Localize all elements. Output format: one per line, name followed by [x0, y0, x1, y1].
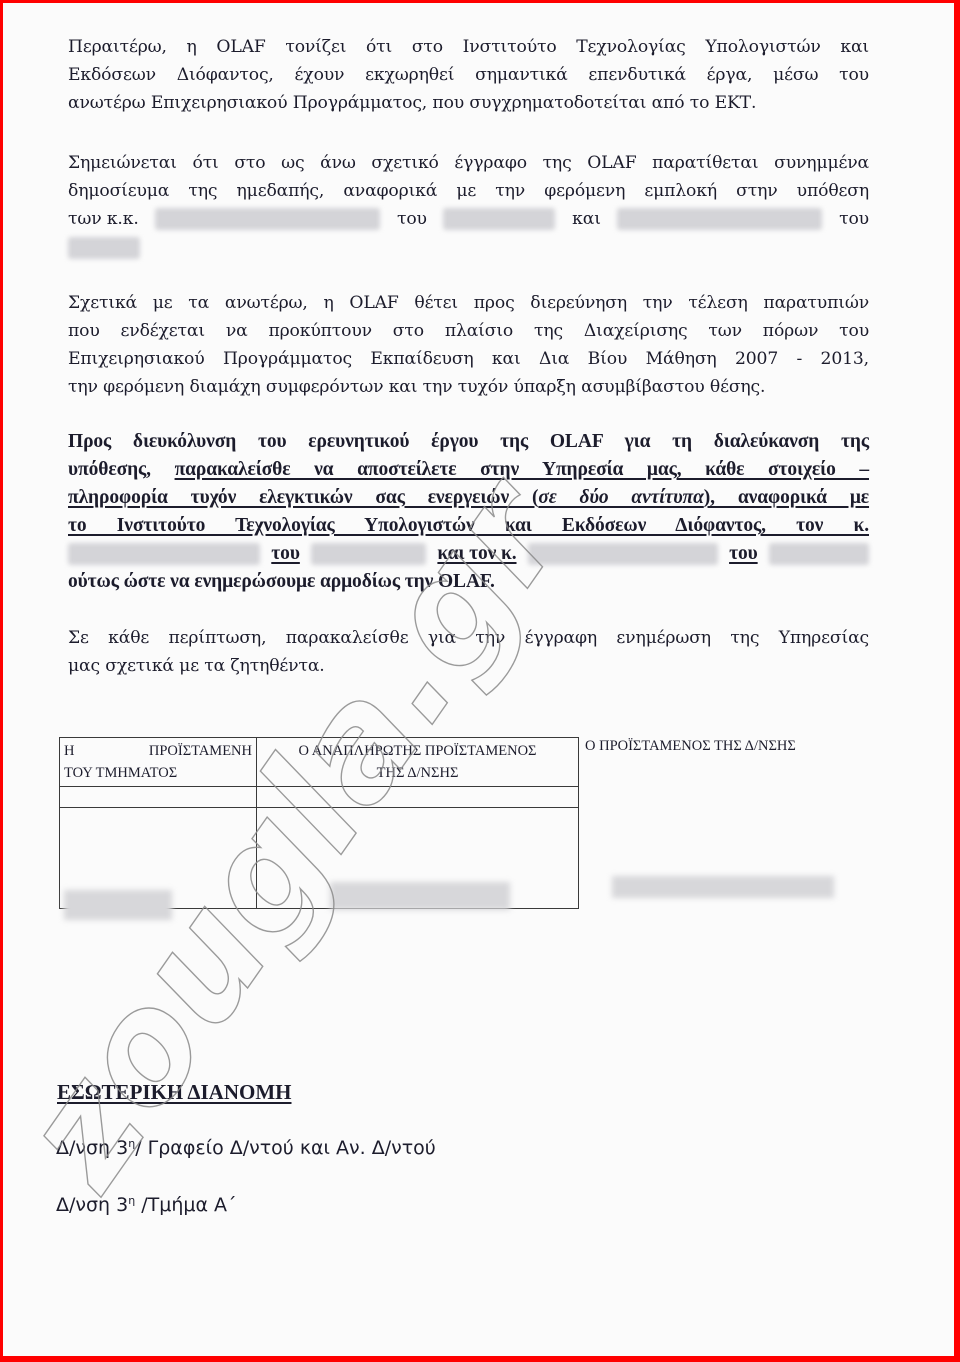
text-line-with-redactions: του και τον κ. του: [68, 540, 869, 568]
text-fragment: ), αναφορικά με: [704, 487, 869, 508]
redacted-name: [155, 208, 380, 230]
text-fragment: Δ/νση 3: [56, 1137, 128, 1159]
redacted-name: [769, 543, 869, 565]
distribution-item: Δ/νση 3η/ Γραφείο Δ/ντού και Αν. Δ/ντού: [56, 1137, 436, 1159]
paragraph-investigation: Σχετικά με τα ανωτέρω, η OLAF θέτει προς…: [68, 289, 869, 401]
redacted-name: [311, 543, 426, 565]
text-line: Σημειώνεται ότι στο ως άνω σχετικό έγγρα…: [68, 149, 869, 177]
redacted-name: [68, 543, 260, 565]
text-line: Περαιτέρω, η OLAF τονίζει ότι στο Ινστιτ…: [68, 33, 869, 61]
text-line: Σχετικά με τα ανωτέρω, η OLAF θέτει προς…: [68, 289, 869, 317]
text-line: την φερόμενη διαμάχη συμφερόντων και την…: [68, 373, 869, 401]
paragraph-request-bold: Προς διευκόλυνση του ερευνητικού έργου τ…: [68, 428, 869, 596]
title-fragment: ΤΗΣ Δ/ΝΣΗΣ: [261, 762, 574, 784]
paragraph-olaf-emphasis: Περαιτέρω, η OLAF τονίζει ότι στο Ινστιτ…: [68, 33, 869, 117]
paragraph-attached-publication: Σημειώνεται ότι στο ως άνω σχετικό έγγρα…: [68, 149, 869, 261]
text-line: Επιχειρησιακού Προγράμματος Εκπαίδευση κ…: [68, 345, 869, 373]
text-fragment: / Γραφείο Δ/ντού και Αν. Δ/ντού: [135, 1137, 436, 1159]
redacted-signature-name: [330, 882, 510, 910]
internal-distribution-heading: ΕΣΩΤΕΡΙΚΗ ΔΙΑΝΟΜΗ: [57, 1080, 292, 1105]
text-fragment: του: [729, 540, 758, 568]
text-line: δημοσίευμα της ημεδαπής, αναφορικά με τη…: [68, 177, 869, 205]
text-fragment: του: [839, 205, 869, 233]
text-fragment: και τον κ.: [437, 540, 516, 568]
redacted-name: [617, 208, 822, 230]
signature-title-director: Ο ΠΡΟΪΣΤΑΜΕΝΟΣ ΤΗΣ Δ/ΝΣΗΣ: [585, 738, 796, 755]
text-fragment: και: [572, 205, 601, 233]
signature-gap-cell: [257, 787, 579, 808]
title-fragment: ΤΟΥ ΤΜΗΜΑΤΟΣ: [64, 762, 252, 784]
redacted-signature-name: [64, 890, 172, 920]
text-line-with-redactions: των κ.κ. του και του: [68, 205, 869, 233]
italic-copies-note: σε δύο αντίτυπα: [538, 487, 703, 508]
text-line-with-redactions: [68, 233, 869, 261]
text-fragment: του: [271, 540, 300, 568]
signature-title-section-head: ΗΠΡΟΪΣΤΑΜΕΝΗ ΤΟΥ ΤΜΗΜΑΤΟΣ: [60, 738, 257, 787]
text-line: μας σχετικά με τα ζητηθέντα.: [68, 652, 869, 680]
text-line: Σε κάθε περίπτωση, παρακαλείσθε για την …: [68, 624, 869, 652]
text-line: Εκδόσεων Διόφαντος, έχουν εκχωρηθεί σημα…: [68, 61, 869, 89]
text-line: Προς διευκόλυνση του ερευνητικού έργου τ…: [68, 428, 869, 456]
text-line: υπόθεσης, παρακαλείσθε να αποστείλετε στ…: [68, 456, 869, 484]
document-page: Περαιτέρω, η OLAF τονίζει ότι στο Ινστιτ…: [0, 0, 960, 1362]
underlined-request: παρακαλείσθε να αποστείλετε στην Υπηρεσί…: [175, 459, 869, 480]
signature-title-deputy-director: Ο ΑΝΑΠΛΗΡΩΤΗΣ ΠΡΟΪΣΤΑΜΕΝΟΣ ΤΗΣ Δ/ΝΣΗΣ: [257, 738, 579, 787]
text-line: ούτως ώστε να ενημερώσουμε αρμοδίως την …: [68, 568, 869, 596]
redacted-name: [68, 237, 140, 259]
text-fragment: υπόθεσης,: [68, 459, 151, 480]
text-fragment: του: [397, 205, 427, 233]
text-line: πληροφορία τυχόν ελεγκτικών σας ενεργειώ…: [68, 484, 869, 512]
redacted-name: [443, 208, 555, 230]
distribution-item: Δ/νση 3η /Τμήμα Α΄: [56, 1194, 237, 1216]
text-fragment: /Τμήμα Α΄: [135, 1194, 236, 1216]
paragraph-written-update: Σε κάθε περίπτωση, παρακαλείσθε για την …: [68, 624, 869, 680]
text-line: ανωτέρω Επιχειρησιακού Προγράμματος, που…: [68, 89, 869, 117]
text-fragment: των κ.κ.: [68, 205, 139, 233]
text-line: που ενδέχεται να προκύπτουν στο πλαίσιο …: [68, 317, 869, 345]
title-fragment: ΠΡΟΪΣΤΑΜΕΝΗ: [149, 740, 252, 762]
text-fragment: πληροφορία τυχόν ελεγκτικών σας ενεργειώ…: [68, 487, 538, 508]
title-fragment: Η: [64, 740, 74, 762]
redacted-signature-name: [612, 876, 834, 898]
signature-gap-cell: [60, 787, 257, 808]
text-line: το Ινστιτούτο Τεχνολογίας Υπολογιστών κα…: [68, 512, 869, 540]
text-fragment: Δ/νση 3: [56, 1194, 128, 1216]
redacted-name: [528, 543, 718, 565]
title-fragment: Ο ΑΝΑΠΛΗΡΩΤΗΣ ΠΡΟΪΣΤΑΜΕΝΟΣ: [261, 740, 574, 762]
